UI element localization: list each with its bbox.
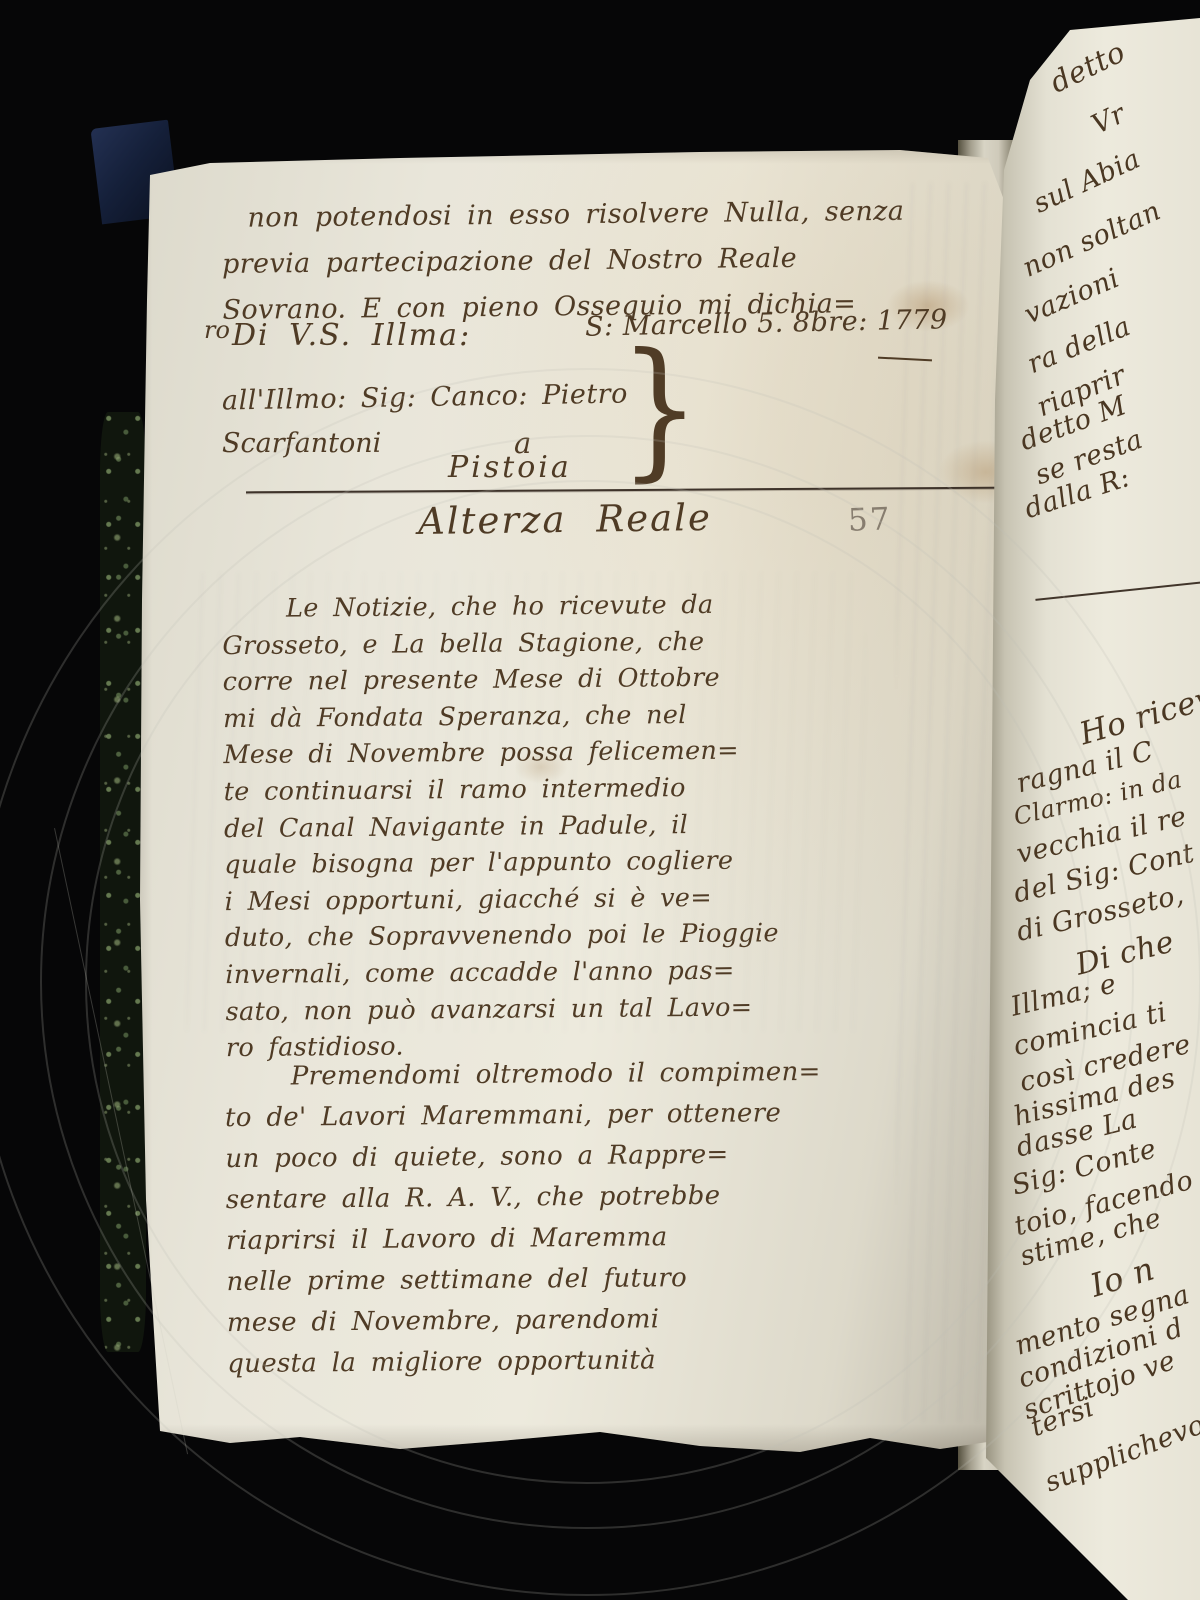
manuscript-line: corre nel presente Mese di Ottobre <box>223 658 939 701</box>
right-page: detto Vr sul Abia non soltan vazioni ra … <box>985 0 1200 1600</box>
manuscript-line: Premendomi oltremodo il compimen= <box>225 1051 941 1098</box>
manuscript-line: invernali, come accadde l'anno pas= <box>225 951 941 994</box>
address-brace: } <box>619 334 700 484</box>
manuscript-line: un poco di quiete, sono a Rappre= <box>225 1133 941 1180</box>
manuscript-line: sentare alla R. A. V., che potrebbe <box>226 1174 942 1221</box>
manuscript-photo: non potendosi in esso risolvere Nulla, s… <box>0 0 1200 1600</box>
book-cover-marbling <box>100 412 146 1352</box>
address-line: Scarfantoni <box>222 428 381 459</box>
manuscript-line: quale bisogna per l'appunto cogliere <box>224 841 940 884</box>
manuscript-line: non potendosi in esso risolvere Nulla, s… <box>221 188 961 242</box>
manuscript-line: duto, che Sopravvenendo poi le Pioggie <box>225 914 941 957</box>
manuscript-line: sato, non può avanzarsi un tal Lavo= <box>225 987 941 1030</box>
manuscript-line: mi dà Fondata Speranza, che nel <box>223 695 939 738</box>
manuscript-line: questa la migliore opportunità <box>227 1338 943 1385</box>
page-heading: Alterza Reale <box>418 496 712 543</box>
section-divider <box>1035 581 1200 601</box>
manuscript-line: previa partecipazione del Nostro Reale <box>222 234 962 288</box>
manuscript-line: to de' Lavori Maremmani, per ottenere <box>225 1092 941 1139</box>
manuscript-line: riaprirsi il Lavoro di Maremma <box>226 1215 942 1262</box>
salutation: Di V.S. Illma: <box>232 318 471 353</box>
manuscript-line: Grosseto, e La bella Stagione, che <box>222 621 938 664</box>
left-page: non potendosi in esso risolvere Nulla, s… <box>126 142 1021 1454</box>
manuscript-line: Le Notizie, che ho ricevute da <box>222 585 938 628</box>
manuscript-line: del Canal Navigante in Padule, il <box>224 804 940 847</box>
catchword: ro <box>204 316 230 344</box>
manuscript-line: mese di Novembre, parendomi <box>227 1297 943 1344</box>
manuscript-line: nelle prime settimane del futuro <box>226 1256 942 1303</box>
manuscript-line: Mese di Novembre possa felicemen= <box>223 731 939 774</box>
salutation-row: ro Di V.S. Illma: S: Marcello 5. 8bre: 1… <box>204 314 964 374</box>
manuscript-line: te continuarsi il ramo intermedio <box>224 768 940 811</box>
manuscript-line: i Mesi opportuni, giacché si è ve= <box>224 878 940 921</box>
right-page-fragment: Vr <box>1087 98 1131 141</box>
page-number: 57 <box>847 501 892 538</box>
address-line: Pistoia <box>448 450 572 485</box>
body-paragraph-2: Premendomi oltremodo il compimen= to de'… <box>225 1051 944 1385</box>
address-line: all'Illmo: Sig: Canco: Pietro <box>222 378 628 416</box>
body-paragraph-1: Le Notizie, che ho ricevute da Grosseto,… <box>222 585 942 1067</box>
right-page-fragment: detto <box>1045 34 1131 99</box>
